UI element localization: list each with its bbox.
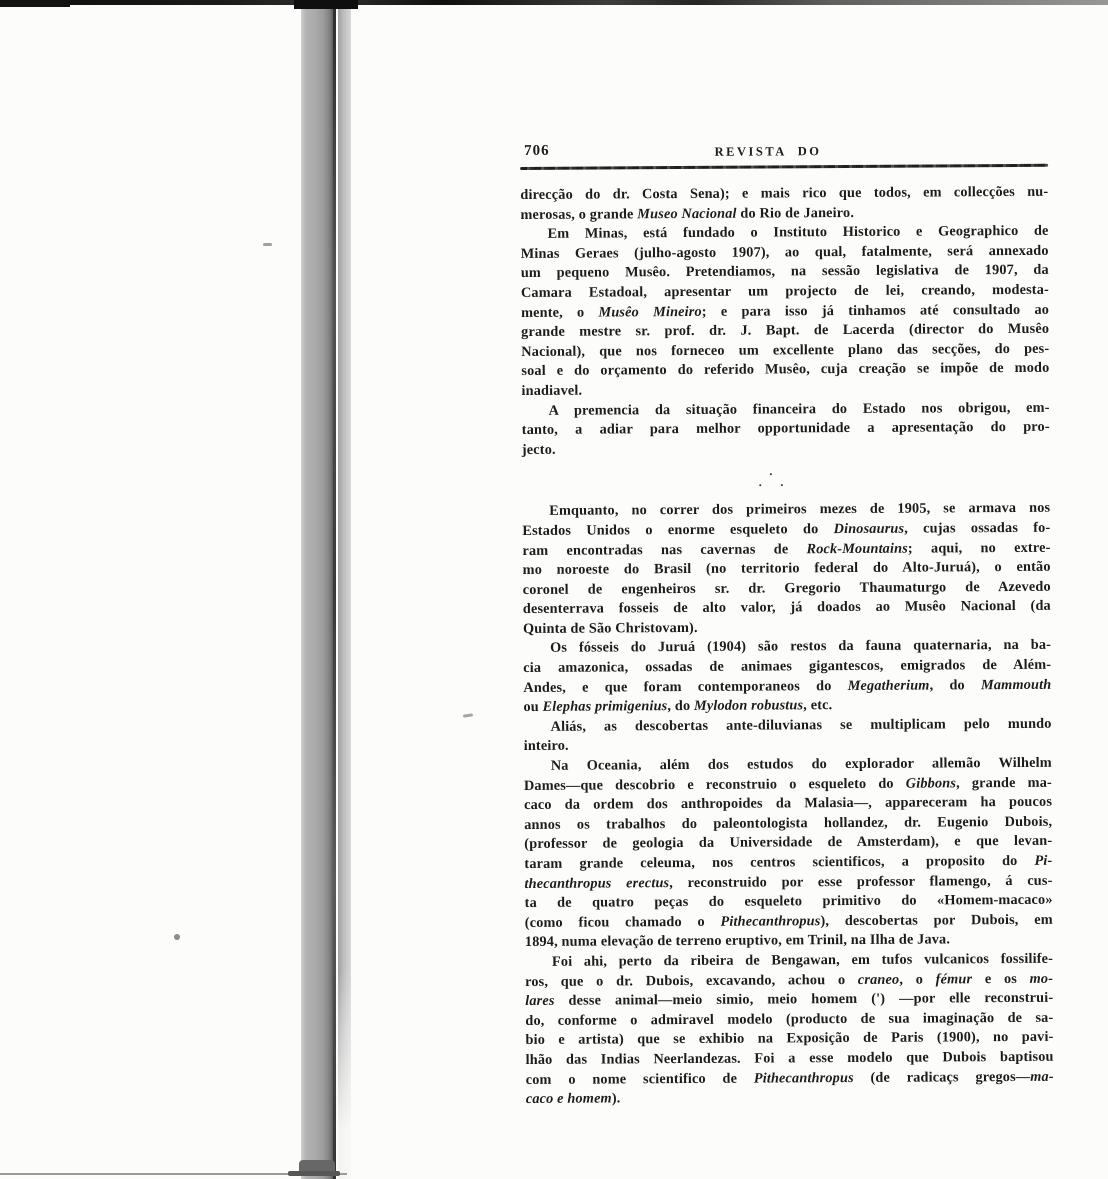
scanned-book-page: 706 REVISTA DO direcção do dr. Costa Sen… xyxy=(0,0,1108,1179)
scan-top-edge-gutter xyxy=(294,0,358,9)
running-title: REVISTA DO xyxy=(715,144,822,160)
text-line: Aliás, as descobertas ante-diluvianas se… xyxy=(524,715,1052,738)
text-line: Foi ahi, perto da ribeira de Bengawan, e… xyxy=(525,950,1053,973)
text-line: soal e do orçamento do referido Musêo, c… xyxy=(521,359,1049,382)
section-divider: · · · xyxy=(522,457,1050,502)
scan-gutter-band xyxy=(301,0,333,1179)
scan-gutter-light-band xyxy=(338,0,351,1179)
text-line: Camara Estadoal, apresentar um projecto … xyxy=(521,281,1049,304)
divider-dot-row: · · xyxy=(751,480,791,491)
scan-top-edge-left xyxy=(0,0,70,7)
text-line: cia amazonica, ossadas de animaes gigant… xyxy=(523,656,1051,679)
paragraph: Emquanto, no correr dos primeiros mezes … xyxy=(522,499,1051,639)
scan-bottom-edge-dark xyxy=(288,1171,340,1176)
ink-speck xyxy=(463,713,473,717)
text-line: direcção do dr. Costa Sena); e mais rico… xyxy=(520,183,1048,206)
paragraph: Foi ahi, perto da ribeira de Bengawan, e… xyxy=(525,950,1054,1110)
paragraph-block-2: Emquanto, no correr dos primeiros mezes … xyxy=(522,499,1054,1110)
paragraph: direcção do dr. Costa Sena); e mais rico… xyxy=(520,183,1048,225)
paragraph: Na Oceania, além dos estudos do explorad… xyxy=(524,754,1053,953)
scan-top-edge xyxy=(0,0,1108,5)
ink-speck xyxy=(263,243,272,246)
text-line: tanto, a adiar para melhor opportunidade… xyxy=(522,418,1050,441)
scan-gutter-dark-line xyxy=(333,0,336,1179)
paragraph: Os fósseis do Juruá (1904) são restos da… xyxy=(523,636,1051,718)
page-header: 706 REVISTA DO xyxy=(520,140,1048,160)
paragraph: Aliás, as descobertas ante-diluvianas se… xyxy=(524,715,1052,757)
text-line: lhão das Indias Neerlandezas. Foi a esse… xyxy=(526,1048,1054,1071)
text-line: taram grande celeuma, nos centros scient… xyxy=(524,852,1052,875)
page-number: 706 xyxy=(524,143,550,160)
text-line: caco e homem). xyxy=(526,1087,1054,1110)
paragraph: Em Minas, está fundado o Instituto Histo… xyxy=(521,222,1050,402)
paragraph: A premencia da situação financeira do Es… xyxy=(522,398,1050,460)
body-text: direcção do dr. Costa Sena); e mais rico… xyxy=(520,183,1054,1110)
text-line: Andes, e que foram contemporaneos do Meg… xyxy=(523,675,1051,698)
text-line: Estados Unidos o enorme esqueleto do Din… xyxy=(522,519,1050,542)
text-line: Na Oceania, além dos estudos do explorad… xyxy=(524,754,1052,777)
header-rule xyxy=(520,164,1048,170)
ink-speck xyxy=(174,934,180,940)
paragraph-block-1: direcção do dr. Costa Sena); e mais rico… xyxy=(520,183,1050,461)
text-line: (como ficou chamado o Pithecanthropus), … xyxy=(525,911,1053,934)
text-column: 706 REVISTA DO direcção do dr. Costa Sen… xyxy=(520,140,1054,1110)
text-line: com o nome scientifico de Pithecanthropu… xyxy=(526,1067,1054,1090)
text-line: desenterrava fosseis de alto valor, já d… xyxy=(523,597,1051,620)
